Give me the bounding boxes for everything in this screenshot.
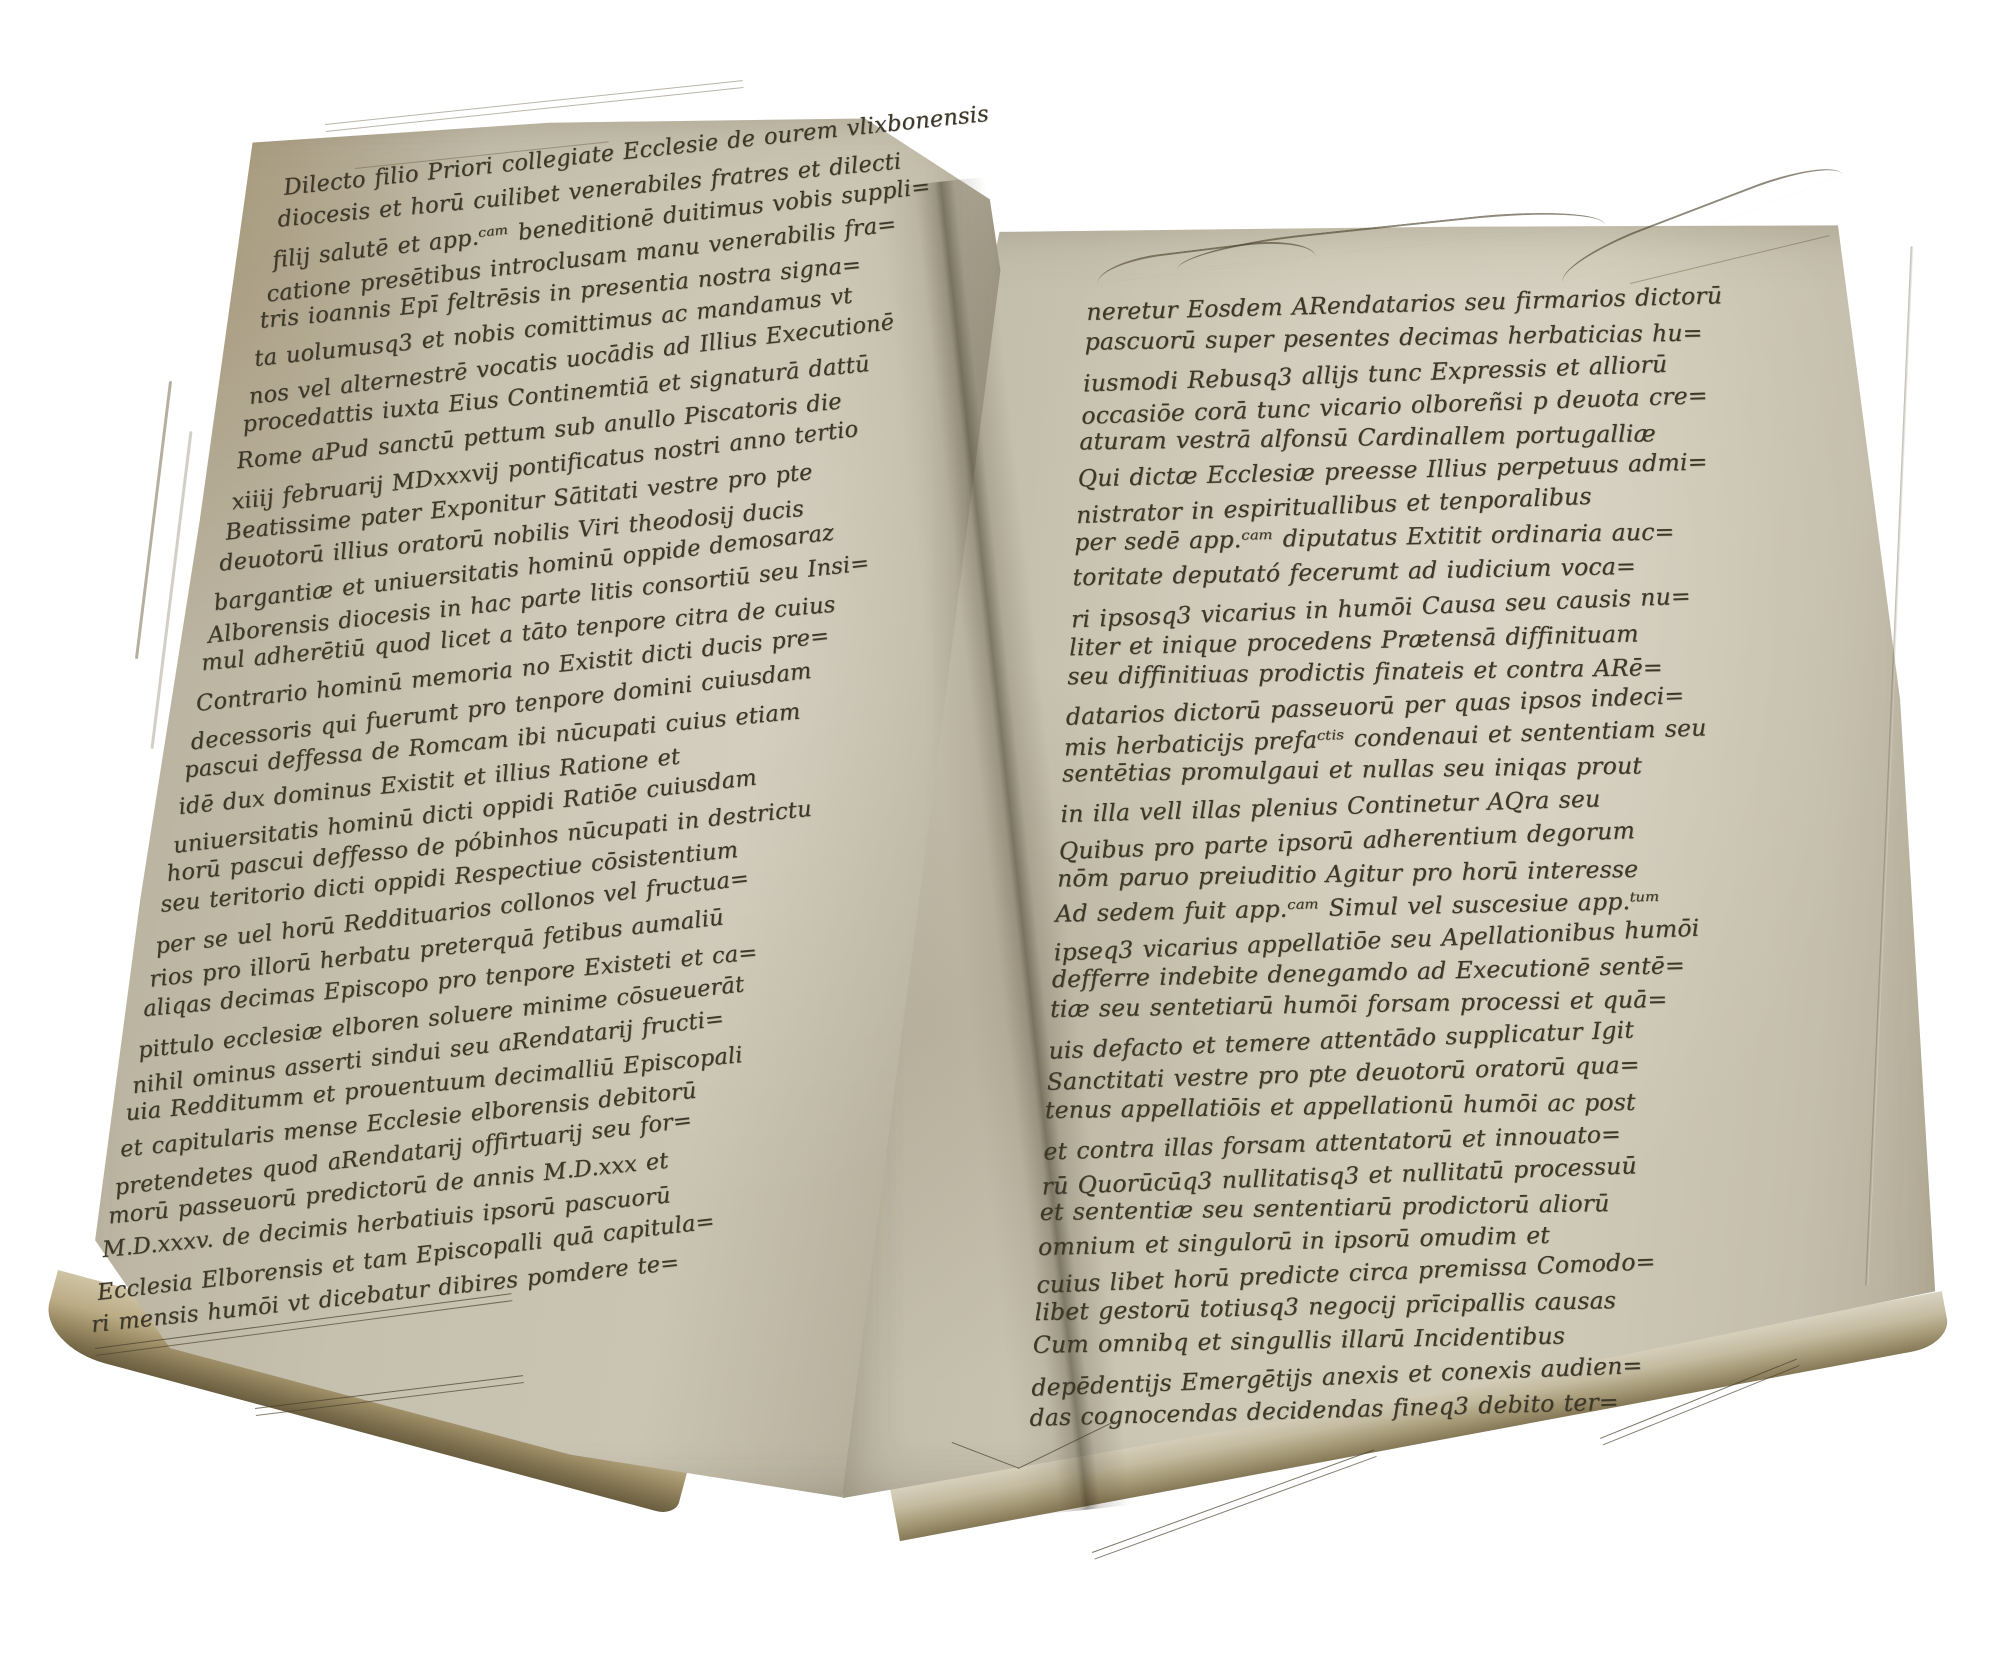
photo-background: Dilecto filio Priori collegiate Ecclesie… [0, 0, 2000, 1656]
right-page-text: neretur Eosdem ARendatarios seu firmario… [1086, 276, 1893, 1431]
left-page-text: Dilecto filio Priori collegiate Ecclesie… [282, 99, 1098, 1308]
